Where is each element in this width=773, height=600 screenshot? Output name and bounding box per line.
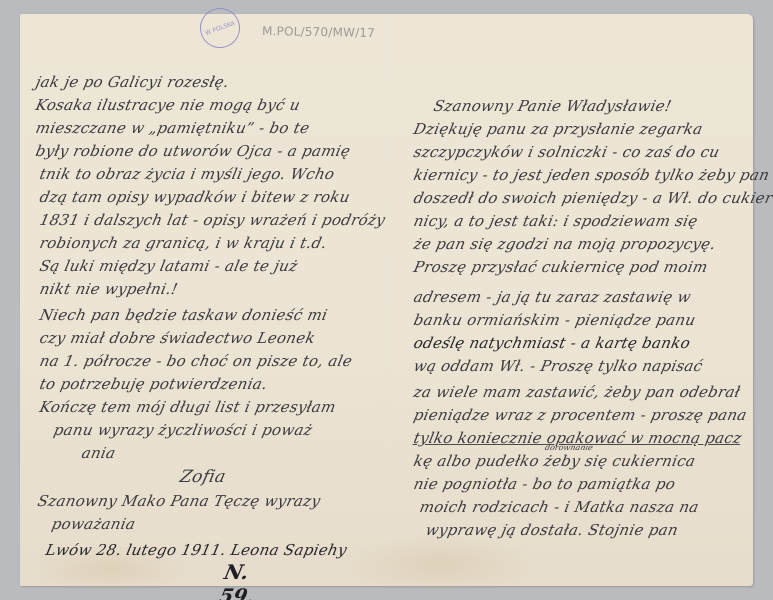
text-line: jak je po Galicyi rozesłę. [34, 73, 231, 91]
text-line: to potrzebuję potwierdzenia. [38, 375, 269, 393]
text-line: ania [80, 444, 117, 462]
address-line: Lwów 28. lutego 1911. Leona Sapiehy [44, 541, 349, 559]
center-fold [390, 14, 392, 586]
text-line: szczypczyków i solniczki - co zaś do cu [412, 143, 721, 161]
text-line: moich rodzicach - i Matka nasza na [418, 498, 701, 516]
text-line: były robione do utworów Ojca - a pamię [34, 142, 352, 160]
text-line: nicy, a to jest taki: i spodziewam się [412, 212, 700, 230]
text-line: Kosaka ilustracye nie mogą być u [34, 96, 302, 114]
text-line: nikt nie wypełni.! [38, 280, 180, 298]
text-line: wyprawę ją dostała. Stojnie pan [424, 521, 680, 539]
closing-line: poważania [50, 515, 137, 533]
text-line: kę albo pudełko żeby się cukiernica [412, 452, 697, 470]
text-line: kiernicy - to jest jeden sposób tylko że… [412, 166, 771, 184]
text-line: tnik to obraz życia i myśli jego. Wcho [38, 165, 336, 183]
text-line: że pan się zgodzi na moją propozycyę. [412, 235, 718, 253]
text-line: 1831 i dalszych lat - opisy wrażeń i pod… [38, 211, 387, 229]
salutation: Szanowny Panie Władysławie! [432, 97, 673, 115]
text-line: mieszczane w „pamiętniku” - bo te [34, 119, 311, 137]
text-line: dzą tam opisy wypadków i bitew z roku [38, 188, 352, 206]
text-line: Proszę przysłać cukiernicę pod moim [412, 258, 709, 276]
text-line: za wiele mam zastawić, żeby pan odebrał [412, 383, 742, 401]
text-line: Dziękuję panu za przysłanie zegarka [412, 120, 705, 138]
text-line: czy miał dobre świadectwo Leonek [38, 329, 317, 347]
text-line: odeślę natychmiast - a kartę banko [412, 334, 692, 352]
text-line: panu wyrazy życzliwości i poważ [52, 421, 314, 439]
interlinear-insertion: dorównanie [544, 443, 594, 452]
shelfmark: M.POL/570/MW/17 [262, 24, 375, 40]
text-line: robionych za granicą, i w kraju i t.d. [38, 234, 329, 252]
text-line: Są luki między latami - ale te już [38, 257, 299, 275]
closing-line: Szanowny Mako Pana Tęczę wyrazy [36, 492, 322, 510]
text-line: banku ormiańskim - pieniądze panu [412, 311, 697, 329]
text-line: adresem - ja ją tu zaraz zastawię w [412, 288, 693, 306]
text-line: doszedł do swoich pieniędzy - a Wł. do c… [412, 189, 773, 207]
text-line: Niech pan będzie taskaw donieść mi [38, 306, 329, 324]
paper-stain [340, 534, 540, 594]
text-line: na 1. półrocze - bo choć on pisze to, al… [38, 352, 354, 370]
stamp-text: W POLSKA [204, 19, 236, 36]
text-line: wą oddam Wł. - Proszę tylko napisać [412, 357, 704, 375]
text-line: Kończę tem mój długi list i przesyłam [38, 398, 338, 416]
signature: Zofia [178, 467, 228, 487]
text-line: nie pogniotła - bo to pamiątka po [412, 475, 677, 493]
text-line: pieniądze wraz z procentem - proszę pana [412, 406, 749, 424]
